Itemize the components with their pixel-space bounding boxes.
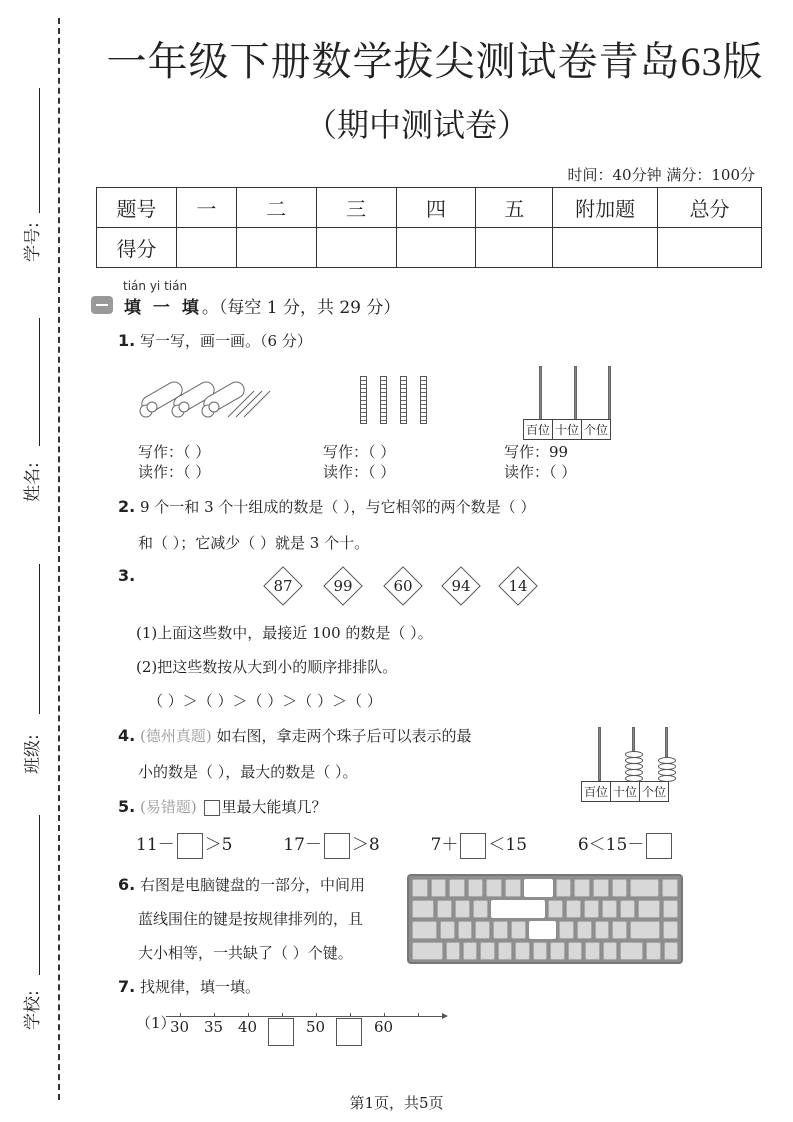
tick bbox=[214, 1013, 215, 1017]
question-7: 7. 找规律，填一填。 bbox=[118, 976, 260, 997]
place-ones: 个位 bbox=[640, 782, 668, 801]
tick-label: 40 bbox=[238, 1018, 257, 1036]
question-4-line-2[interactable]: 小的数是（ ），最大的数是（ ）。 bbox=[138, 761, 358, 782]
expr-post: ＞5 bbox=[205, 835, 233, 855]
header-cell: 二 bbox=[236, 188, 316, 228]
tick bbox=[418, 1013, 419, 1017]
score-cell[interactable] bbox=[176, 228, 236, 268]
question-5: 5. (易错题) 里最大能填几？ bbox=[118, 796, 327, 817]
question-line: 右图是电脑键盘的一部分，中间用 bbox=[140, 876, 365, 894]
header-cell: 附加题 bbox=[553, 188, 658, 228]
expr: 11－＞5 bbox=[136, 835, 232, 855]
expr-post: ＞8 bbox=[352, 835, 380, 855]
q1-item-1: 写作：（ ） 读作：（ ） bbox=[138, 442, 210, 482]
write-value: 写作：99 bbox=[504, 442, 576, 462]
abacus-base: 百位 十位 个位 bbox=[523, 419, 611, 440]
question-6-line-3[interactable]: 大小相等，一共缺了（ ）个键。 bbox=[138, 942, 353, 963]
expr-pre: 6＜15－ bbox=[578, 835, 644, 855]
question-line: 如右图，拿走两个珠子后可以表示的最 bbox=[217, 727, 472, 745]
answer-box[interactable] bbox=[336, 1018, 362, 1046]
question-line[interactable]: 9 个一和 3 个十组成的数是（ ），与它相邻的两个数是（ ） bbox=[140, 498, 535, 516]
expr: 6＜15－ bbox=[578, 835, 674, 855]
section-title-main: 填 一 填 bbox=[124, 298, 202, 318]
number-line bbox=[166, 1016, 444, 1017]
answer-box[interactable] bbox=[177, 833, 203, 859]
q1-item-2: 写作：（ ） 读作：（ ） bbox=[323, 442, 395, 482]
place-hundreds: 百位 bbox=[524, 420, 553, 439]
read-blank[interactable]: 读作：（ ） bbox=[323, 462, 395, 482]
student-id-label: 学号: bbox=[18, 222, 43, 262]
question-number: 7. bbox=[118, 977, 135, 996]
diamond-number: 87 bbox=[263, 577, 303, 595]
page-title: 一年级下册数学拔尖测试卷青岛63版 bbox=[95, 30, 775, 87]
score-cell[interactable] bbox=[236, 228, 316, 268]
question-2-line-2[interactable]: 和（ ）；它减少（ ）就是 3 个十。 bbox=[138, 532, 369, 553]
abacus-rod bbox=[574, 366, 577, 420]
tick-label: 35 bbox=[204, 1018, 223, 1036]
question-4: 4. (德州真题) 如右图，拿走两个珠子后可以表示的最 bbox=[118, 725, 472, 746]
question-tag: (易错题) bbox=[140, 798, 197, 816]
tick-label: 50 bbox=[306, 1018, 325, 1036]
place-hundreds: 百位 bbox=[582, 782, 611, 801]
school-label: 学校: bbox=[18, 990, 43, 1030]
page-subtitle: （期中测试卷） bbox=[305, 100, 529, 146]
tick-label: 60 bbox=[374, 1018, 393, 1036]
write-blank[interactable]: 写作：（ ） bbox=[138, 442, 210, 462]
stick-bundles-icon bbox=[136, 375, 276, 423]
question-number: 2. bbox=[118, 497, 135, 516]
expr-post: ＜15 bbox=[488, 835, 527, 855]
header-cell: 总分 bbox=[658, 188, 762, 228]
square-box-icon bbox=[204, 800, 220, 816]
page-footer: 第1页，共5页 bbox=[0, 1092, 793, 1113]
score-cell[interactable] bbox=[476, 228, 553, 268]
score-cell[interactable] bbox=[553, 228, 658, 268]
expr-pre: 17－ bbox=[283, 835, 322, 855]
section-title: 填 一 填。（每空 1 分，共 29 分） bbox=[124, 293, 400, 318]
tick bbox=[316, 1013, 317, 1017]
exam-meta: 时间：40分钟 满分：100分 bbox=[568, 164, 756, 185]
answer-box[interactable] bbox=[646, 833, 672, 859]
ten-cube-column-icon bbox=[380, 376, 387, 424]
section-pinyin: tián yi tián bbox=[123, 279, 187, 293]
tick-label: 30 bbox=[170, 1018, 189, 1036]
question-text: 写一写，画一画。（6 分） bbox=[140, 332, 312, 350]
score-row-label: 得分 bbox=[97, 228, 177, 268]
expr: 7＋＜15 bbox=[431, 835, 527, 855]
score-cell[interactable] bbox=[316, 228, 396, 268]
question-3-sub-2: (2)把这些数按从大到小的顺序排排队。 bbox=[136, 656, 397, 677]
place-tens: 十位 bbox=[553, 420, 582, 439]
ten-cube-column-icon bbox=[420, 376, 427, 424]
abacus-rod bbox=[608, 366, 611, 420]
write-blank[interactable]: 写作：（ ） bbox=[323, 442, 395, 462]
question-number: 1. bbox=[118, 331, 135, 350]
place-tens: 十位 bbox=[611, 782, 640, 801]
class-label: 班级: bbox=[18, 734, 43, 774]
name-line[interactable] bbox=[39, 318, 40, 446]
score-table-score-row: 得分 bbox=[97, 228, 762, 268]
question-text: 找规律，填一填。 bbox=[140, 978, 260, 996]
tick bbox=[350, 1013, 351, 1017]
answer-box[interactable] bbox=[324, 833, 350, 859]
tick bbox=[282, 1013, 283, 1017]
expr-pre: 11－ bbox=[136, 835, 175, 855]
question-text: 里最大能填几？ bbox=[222, 798, 327, 816]
question-3-sub-1[interactable]: (1)上面这些数中，最接近 100 的数是（ ）。 bbox=[136, 622, 433, 643]
expr: 17－＞8 bbox=[283, 835, 379, 855]
place-ones: 个位 bbox=[582, 420, 610, 439]
binding-dashed-line bbox=[58, 18, 60, 1100]
question-3-order-blanks[interactable]: （ ）＞（ ）＞（ ）＞（ ）＞（ ） bbox=[148, 690, 382, 711]
read-blank[interactable]: 读作：（ ） bbox=[138, 462, 210, 482]
diamond-number: 60 bbox=[383, 577, 423, 595]
abacus-rod bbox=[598, 727, 601, 781]
diamond-number: 94 bbox=[441, 577, 481, 595]
question-number: 4. bbox=[118, 726, 135, 745]
question-6: 6. 右图是电脑键盘的一部分，中间用 bbox=[118, 874, 365, 895]
answer-box[interactable] bbox=[268, 1018, 294, 1046]
diamond-number: 14 bbox=[498, 577, 538, 595]
expr-pre: 7＋ bbox=[431, 835, 459, 855]
abacus-base: 百位 十位 个位 bbox=[581, 781, 669, 802]
tick bbox=[248, 1013, 249, 1017]
header-cell: 四 bbox=[396, 188, 476, 228]
score-table-header-row: 题号 一 二 三 四 五 附加题 总分 bbox=[97, 188, 762, 228]
tick bbox=[384, 1013, 385, 1017]
read-blank[interactable]: 读作：（ ） bbox=[504, 462, 576, 482]
diamond-number: 99 bbox=[323, 577, 363, 595]
ten-cube-column-icon bbox=[400, 376, 407, 424]
keyboard-image bbox=[407, 874, 683, 964]
header-cell: 题号 bbox=[97, 188, 177, 228]
header-cell: 五 bbox=[476, 188, 553, 228]
question-6-line-2: 蓝线围住的键是按规律排列的，且 bbox=[138, 908, 363, 929]
score-cell[interactable] bbox=[658, 228, 762, 268]
question-number: 5. bbox=[118, 797, 135, 816]
student-id-line[interactable] bbox=[39, 88, 40, 213]
answer-box[interactable] bbox=[460, 833, 486, 859]
question-3: 3. bbox=[118, 566, 135, 585]
question-1: 1. 写一写，画一画。（6 分） bbox=[118, 330, 312, 351]
section-title-note: 。（每空 1 分，共 29 分） bbox=[202, 298, 401, 318]
name-label: 姓名: bbox=[18, 462, 43, 502]
q1-item-3: 写作：99 读作：（ ） bbox=[504, 442, 576, 482]
abacus-rod bbox=[539, 366, 542, 420]
class-line[interactable] bbox=[39, 564, 40, 714]
ten-cube-column-icon bbox=[360, 376, 367, 424]
score-cell[interactable] bbox=[396, 228, 476, 268]
tick bbox=[180, 1013, 181, 1017]
question-tag: (德州真题) bbox=[140, 727, 212, 745]
header-cell: 一 bbox=[176, 188, 236, 228]
school-line[interactable] bbox=[39, 815, 40, 975]
header-cell: 三 bbox=[316, 188, 396, 228]
question-number: 6. bbox=[118, 875, 135, 894]
score-table: 题号 一 二 三 四 五 附加题 总分 得分 bbox=[96, 187, 762, 268]
question-5-expressions: 11－＞5 17－＞8 7＋＜15 6＜15－ bbox=[136, 830, 674, 859]
question-number: 3. bbox=[118, 566, 135, 585]
section-one-badge-icon bbox=[91, 296, 113, 314]
question-2: 2. 9 个一和 3 个十组成的数是（ ），与它相邻的两个数是（ ） bbox=[118, 496, 535, 517]
